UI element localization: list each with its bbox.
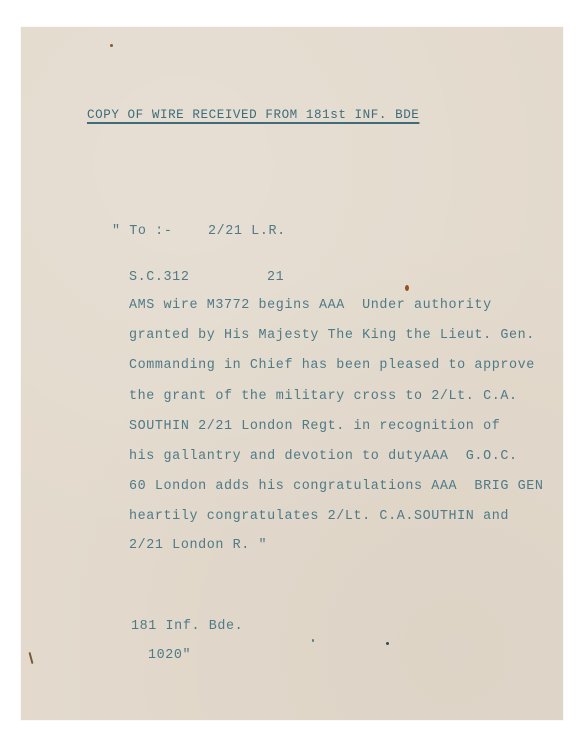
- body-line: Commanding in Chief has been pleased to …: [129, 359, 535, 372]
- document-heading: COPY OF WIRE RECEIVED FROM 181st INF. BD…: [87, 109, 419, 122]
- body-line: 60 London adds his congratulations AAA B…: [129, 480, 544, 493]
- paper-sheet: COPY OF WIRE RECEIVED FROM 181st INF. BD…: [21, 27, 563, 720]
- reference-code: S.C.312: [129, 271, 189, 284]
- addressee-value: 2/21 L.R.: [208, 225, 286, 238]
- body-line: 2/21 London R. ": [129, 539, 267, 552]
- ink-spot: [405, 285, 409, 291]
- body-line: heartily congratulates 2/Lt. C.A.SOUTHIN…: [129, 510, 509, 523]
- signature-unit: 181 Inf. Bde.: [131, 620, 243, 633]
- addressee-prefix: " To :-: [112, 225, 172, 238]
- paper-speck: [386, 642, 389, 645]
- body-line: the grant of the military cross to 2/Lt.…: [129, 390, 518, 403]
- signature-time: 1020": [148, 649, 191, 662]
- body-line: AMS wire M3772 begins AAA Under authorit…: [129, 299, 492, 312]
- reference-number: 21: [267, 271, 284, 284]
- paper-speck: [312, 639, 314, 642]
- paper-mark: [28, 652, 33, 664]
- body-line: his gallantry and devotion to dutyAAA G.…: [129, 450, 518, 463]
- body-line: granted by His Majesty The King the Lieu…: [129, 329, 535, 342]
- paper-speck: [110, 44, 113, 47]
- body-line: SOUTHIN 2/21 London Regt. in recognition…: [129, 420, 500, 433]
